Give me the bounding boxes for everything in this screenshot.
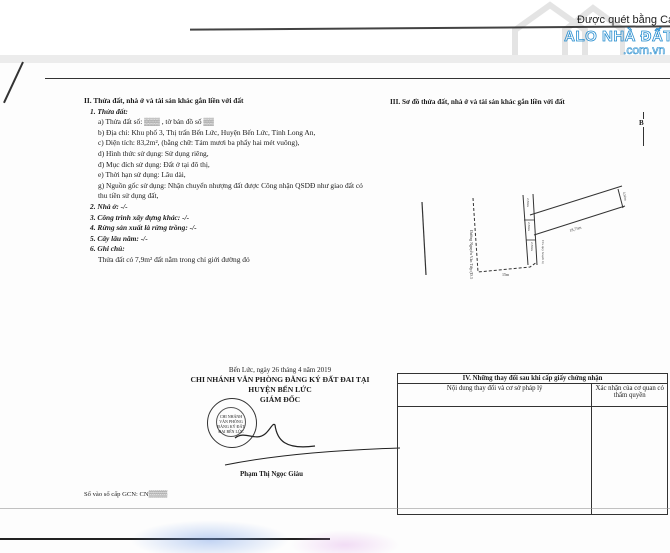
svg-text:2,50m: 2,50m	[529, 242, 534, 251]
scan-caption: Được quét bằng Ca	[577, 14, 670, 26]
svg-text:2,50m: 2,50m	[525, 198, 530, 207]
plot-diagram: Đường Nguyễn Văn Tiếp (Đ.3 nhánh) CG quy…	[410, 180, 640, 280]
north-arrow-icon	[643, 112, 644, 146]
changes-confirmation-cell	[592, 407, 668, 515]
note-text: Thửa đất có 7,9m² đất nằm trong chỉ giới…	[84, 255, 384, 266]
svg-text:15m: 15m	[502, 272, 510, 277]
land-item-continuation: thu tiền sử dụng đất,	[84, 191, 384, 202]
changes-table-title: IV. Những thay đổi sau khi cấp giấy chứn…	[398, 374, 668, 384]
other-item: 3. Công trình xây dựng khác: -/-	[84, 213, 384, 224]
svg-text:18,75m: 18,75m	[569, 224, 583, 234]
section-iii-title: III. Sơ đồ thửa đất, nhà ở và tài sản kh…	[390, 98, 565, 106]
page-fold-line	[3, 62, 24, 104]
signature-stroke-icon	[215, 420, 405, 470]
section-ii-title: II. Thửa đất, nhà ở và tài sản khác gắn …	[84, 96, 384, 107]
svg-text:4,50m: 4,50m	[621, 191, 628, 201]
signer-role: GIÁM ĐỐC	[160, 395, 400, 405]
changes-table: IV. Những thay đổi sau khi cấp giấy chứn…	[397, 373, 668, 515]
scan-smudge	[130, 520, 290, 553]
signer-name: Phạm Thị Ngọc Giàu	[240, 470, 303, 478]
changes-content-cell	[398, 407, 592, 515]
land-item: g) Nguồn gốc sử dụng: Nhận chuyển nhượng…	[84, 181, 384, 192]
land-item: đ) Mục đích sử dụng: Đất ở tại đô thị,	[84, 160, 384, 171]
office-line-1: CHI NHÁNH VĂN PHÒNG ĐĂNG KÝ ĐẤT ĐAI TẠI	[160, 375, 400, 385]
other-item: 4. Rừng sản xuất là rừng trồng: -/-	[84, 223, 384, 234]
section-ii: II. Thửa đất, nhà ở và tài sản khác gắn …	[84, 96, 384, 266]
land-item: d) Hình thức sử dụng: Sử dụng riêng,	[84, 149, 384, 160]
column-header-content: Nội dung thay đổi và cơ sở pháp lý	[398, 384, 592, 407]
land-item: e) Thời hạn sử dụng: Lâu dài,	[84, 170, 384, 181]
land-item: c) Diện tích: 83,2m², (bằng chữ: Tám mươ…	[84, 138, 384, 149]
svg-text:Đường Nguyễn Văn Tiếp (Đ.3 nhá: Đường Nguyễn Văn Tiếp (Đ.3 nhánh)	[469, 230, 474, 280]
office-line-2: HUYỆN BẾN LỨC	[160, 385, 400, 395]
svg-text:2,50m: 2,50m	[526, 222, 531, 231]
page-bottom-edge	[0, 508, 670, 509]
scan-smudge	[290, 530, 400, 553]
other-item: 5. Cây lâu năm: -/-	[84, 234, 384, 245]
land-title: 1. Thửa đất:	[84, 107, 384, 118]
other-item: 6. Ghi chú:	[84, 244, 384, 255]
place-date: Bến Lức, ngày 26 tháng 4 năm 2019	[160, 365, 400, 375]
signature-block: Bến Lức, ngày 26 tháng 4 năm 2019 CHI NH…	[160, 365, 400, 405]
column-header-confirmation: Xác nhận của cơ quan có thẩm quyền	[592, 384, 668, 407]
watermark: ALO NHÀ ĐẤT .com.vn	[563, 28, 670, 57]
watermark-domain: .com.vn	[563, 43, 670, 57]
land-item: a) Thửa đất số: ▒▒▒ , tờ bản đồ số ▒▒	[84, 117, 384, 128]
north-label: B	[639, 119, 644, 127]
land-item: b) Địa chỉ: Khu phố 3, Thị trấn Bến Lức,…	[84, 128, 384, 139]
svg-text:CG quy hoạch lộ: CG quy hoạch lộ	[541, 240, 545, 264]
registry-number: Số vào sổ cấp GCN: CN▒▒▒▒	[84, 491, 167, 498]
other-item: 2. Nhà ở: -/-	[84, 202, 384, 213]
